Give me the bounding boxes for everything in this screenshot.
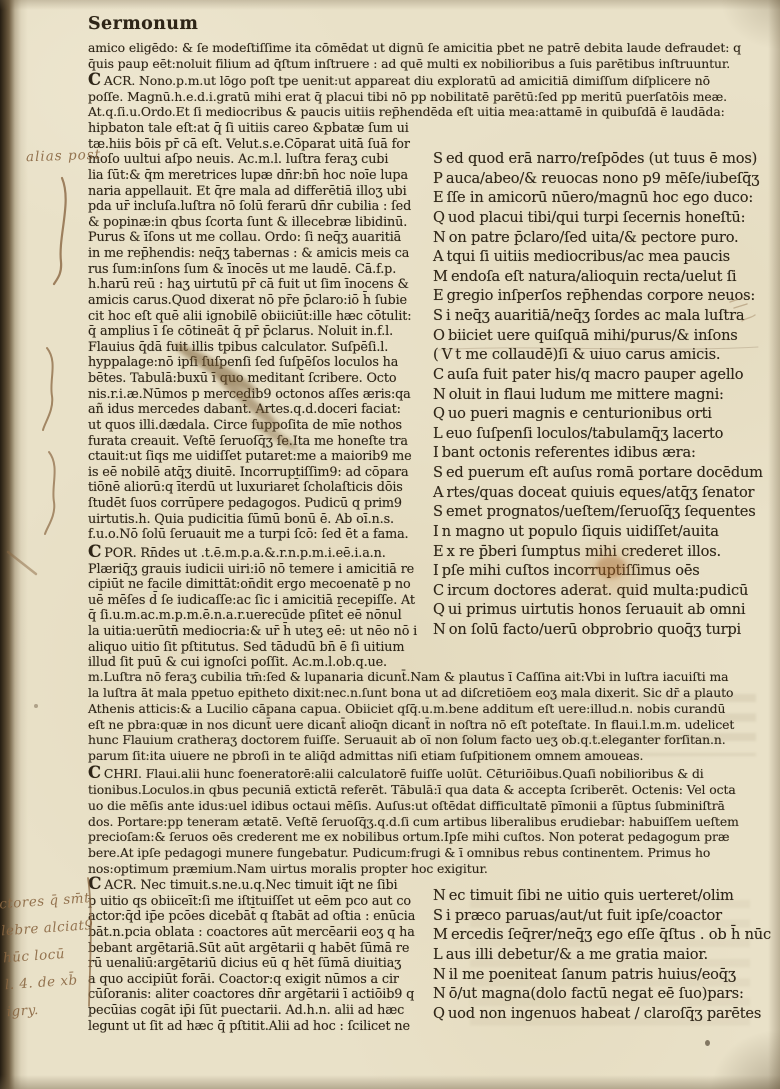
verse-line: Si neq̄ʒ auaritiā/neq̄ʒ ſordes ac mala l… <box>433 306 763 326</box>
line-text: Leuo ſuſpenſi loculos/tabulamq̄ʒ lacerto <box>433 425 723 442</box>
paragraph-mark: C <box>88 70 101 89</box>
line-text: Si neq̄ʒ auaritiā/neq̄ʒ ſordes ac mala l… <box>433 307 744 324</box>
commentary-line: Plæriq̄ʒ grauis iudicii uiri:iō nō temer… <box>88 562 436 578</box>
commentary-line: uirtutis.h. Quia pudicitia ſūmū bonū ē. … <box>88 512 436 528</box>
commentary-line: Athenis atticis:& a Lucilio cāpana capua… <box>88 701 758 717</box>
line-text: nos:optimum præmium.Nam uirtus moralis p… <box>88 861 488 876</box>
line-text: ctores q̄ sm̄t <box>0 890 91 912</box>
line-text: Noluit in flaui ludum me mittere magni: <box>433 386 724 403</box>
line-text: Atqui ſi uitiis mediocribus/ac mea pauci… <box>433 248 730 265</box>
commentary-line: CCHRI. Flaui.alii hunc foeneratorē:alii … <box>88 765 758 782</box>
commentary-line: in me rep̄hendis: neq̄ʒ tabernas : & ami… <box>88 246 436 262</box>
line-text: amicis carus.Quod dixerat nō pr̄e p̄clar… <box>88 293 407 308</box>
line-text: hūc locū <box>3 946 66 966</box>
line-text: aliquo uitio ſit pſtitutus. Sed tādudū b… <box>88 640 404 655</box>
line-text: Laus illi debetur/& a me gratia maior. <box>433 946 708 963</box>
verse-line: Laus illi debetur/& a me gratia maior. <box>433 945 763 965</box>
running-title: Sermonum <box>88 14 198 34</box>
intro-commentary-block: amico eligēdo: & ſe modeſtiſſime ita cōm… <box>88 40 758 120</box>
commentary-line: uē mēſes d̄ ſe iudicaſſe:ac ſic i amicit… <box>88 593 436 609</box>
line-text: in me rep̄hendis: neq̄ʒ tabernas : & ami… <box>88 246 409 261</box>
commentary-line: Purus & īſons ut me collau. Ordo: ſi neq… <box>88 230 436 246</box>
line-text: Athenis atticis:& a Lucilio cāpana capua… <box>88 701 725 716</box>
line-text: tiōnē aliorū:q īterdū ut luxuriaret̄ ſch… <box>88 480 403 495</box>
bottom-commentary-column: CACR. Nec timuit.s.ne.u.q.Nec timuit iq̄… <box>88 875 436 1034</box>
paragraph-mark: C <box>88 763 101 782</box>
line-text: Non ſolū facto/uerū obprobrio quoq̄ʒ tur… <box>433 621 741 638</box>
line-text: parum ſit:ita uiuere ne pbroſi in te ali… <box>88 748 643 763</box>
line-text: pda ur̄ incluſa.luſtra nō ſolū ferarū dn… <box>88 199 411 214</box>
commentary-line: nis.r.i.æ.Nūmos p mercedib9 octonos aſſe… <box>88 387 436 403</box>
bottom-edge-shadow <box>0 1075 780 1089</box>
line-text: ut quos illi.dædala. Circe ſuppoſita de … <box>88 418 402 433</box>
marginal-note-bottom: ctores q̄ sm̄tlebre alciat9hūc locūl. 4.… <box>0 885 104 1026</box>
verse-line: Si præco paruas/aut/ut fuit ipſe/coactor <box>433 906 763 926</box>
line-text: bētes. Tabulā:buxū ī quo meditant̄ ſcrib… <box>88 371 396 386</box>
commentary-line: CACR. Nono.p.m.ut lōgo poſt tpe uenit:ut… <box>88 72 758 89</box>
line-text: ACR. Nec timuit.s.ne.u.q.Nec timuit iq̄t… <box>104 878 397 893</box>
verse-line: Ipſe mihi cuſtos incorruptiſſimus oēs <box>433 561 763 581</box>
verse-line: Mendoſa eſt natura/alioquin recta/uelut … <box>433 267 763 287</box>
verse-line: Artes/quas doceat quiuis eques/atq̄ʒ ſen… <box>433 483 763 503</box>
verse-line: Nō/ut magna(dolo factū negat eē ſuo)pars… <box>433 984 763 1004</box>
line-text: bebant argētariā.Sūt aūt argētarii q hab… <box>88 941 409 956</box>
line-text: tionibus.Loculos.in qbus pecuniā extictā… <box>88 782 736 797</box>
line-text: Plæriq̄ʒ grauis iudicii uiri:iō nō temer… <box>88 562 414 577</box>
line-text: l. 4. de xb̄ <box>4 972 78 993</box>
line-text: uē mēſes d̄ ſe iudicaſſe:ac ſic i amicit… <box>88 593 415 608</box>
line-text: Nil me poeniteat ſanum patris huius/eoq̄… <box>433 966 736 983</box>
line-text: (Vt me collaudē)ſi & uiuo carus amicis. <box>433 346 720 363</box>
line-text: Flauius q̄dā fuit illis tpibus calculato… <box>88 340 388 355</box>
line-text: ctauit:ut ſiqs me uidiſſet putaret:me a … <box>88 449 412 464</box>
verse-line: Sed quod erā narro/reſpōdes (ut tuus ē m… <box>433 149 763 169</box>
line-text: ſtudēt ſuos corrūpere pedagogos. Pudicū … <box>88 496 402 511</box>
verse-line: Ex re p̄beri ſumptus mihi crederet illos… <box>433 542 763 562</box>
line-text: ACR. Nono.p.m.ut lōgo poſt tpe uenit:ut … <box>104 73 710 88</box>
commentary-line: moſo uultui aſpo neuis. Ac.m.l. luſtra f… <box>88 152 436 168</box>
line-text: pecūias cogāt ip̄i ſūt puectarii. Ad.h.n… <box>88 1003 404 1018</box>
commentary-line: parum ſit:ita uiuere ne pbroſi in te ali… <box>88 748 758 764</box>
commentary-line: eſt ne pbra:quæ in nos dicunt̄ uere dica… <box>88 717 758 733</box>
commentary-line: m.Luſtra nō feraʒ cubilia tm̄:ſed & lupa… <box>88 669 758 685</box>
line-text: uirtutis.h. Quia pudicitia ſūmū bonū ē. … <box>88 512 394 527</box>
verse-line: Atqui ſi uitiis mediocribus/ac mea pauci… <box>433 247 763 267</box>
commentary-line: ctauit:ut ſiqs me uidiſſet putaret:me a … <box>88 449 436 465</box>
line-text: Quo pueri magnis e centurionibus orti <box>433 405 712 422</box>
verse-line: Obiiciet uere quiſquā mihi/purus/& inſon… <box>433 326 763 346</box>
commentary-line: la luſtra āt mala ppetuo epitheto dixit:… <box>88 685 758 701</box>
commentary-line: legunt ut ſit ad hæc q̄ pſtitit.Alii ad … <box>88 1019 436 1035</box>
line-text: q̄uis paup eēt:noluit filium ad q̄ſtum i… <box>88 56 730 71</box>
line-text: f.u.o.Nō ſolū ſeruauit me a turpi ſcō: ſ… <box>88 527 408 542</box>
verse-line: Eſſe in amicorū nūero/magnū hoc ego duco… <box>433 188 763 208</box>
line-text: Nō/ut magna(dolo factū negat eē ſuo)pars… <box>433 985 744 1002</box>
line-text: Cauſa fuit pater his/q macro pauper agel… <box>433 366 743 383</box>
line-text: naria appellauit. Et q̄re mala ad differ… <box>88 184 407 199</box>
commentary-line: hyppalage:nō ipſi ſuſpenſi ſed ſuſpēſos … <box>88 355 436 371</box>
commentary-line: pecūias cogāt ip̄i ſūt puectarii. Ad.h.n… <box>88 1003 436 1019</box>
commentary-line: naria appellauit. Et q̄re mala ad differ… <box>88 184 436 200</box>
line-text: moſo uultui aſpo neuis. Ac.m.l. luſtra f… <box>88 152 388 167</box>
commentary-line: uo die mēſis ante idus:uel idibus octaui… <box>88 798 758 814</box>
line-text: Ipſe mihi cuſtos incorruptiſſimus oēs <box>433 562 700 579</box>
line-text: cipiūt ne facile dimittāt:on̄dit ergo me… <box>88 577 411 592</box>
commentary-line: cūſoranis: aliter coactores dn̄r argētar… <box>88 987 436 1003</box>
verse-line: Quo pueri magnis e centurionibus orti <box>433 404 763 424</box>
book-page-scan: Sermonum amico eligēdo: & ſe modeſtiſſim… <box>0 0 780 1089</box>
verse-line: Non patre p̄claro/ſed uita/& pectore pur… <box>433 228 763 248</box>
line-text: Ibant octonis referentes idibus æra: <box>433 444 696 461</box>
commentary-line: p uitio qs obiiceīt:ſi me iſtituiſſet ut… <box>88 894 436 910</box>
line-text: cit hoc eſt quē alii ignobilē obiiciūt:i… <box>88 309 411 324</box>
verse-line: Sed puerum eſt auſus romā portare docēdu… <box>433 463 763 483</box>
line-text: illud ſit puū & cui ignoſci poſſit. Ac.m… <box>88 655 387 670</box>
line-text: q̄ ſi.u.m.ac.m.p.m.ē.n.a.r.uerecūde pſit… <box>88 608 402 623</box>
line-text: legunt ut ſit ad hæc q̄ pſtitit.Alii ad … <box>88 1019 410 1034</box>
line-text: bāt.n.pcia oblata : coactores aūt mercēa… <box>88 925 415 940</box>
commentary-line: precioſam:& ſeruos oēs crederent me ex n… <box>88 829 758 845</box>
ink-speck <box>705 1040 710 1046</box>
commentary-line: amicis carus.Quod dixerat nō pr̄e p̄clar… <box>88 293 436 309</box>
line-text: Nec timuit ſibi ne uitio quis uerteret/o… <box>433 887 734 904</box>
line-text: Semet prognatos/ueſtem/ſeruoſq̄ʒ ſequent… <box>433 503 756 520</box>
commentary-line: dos. Portare:pp teneram ætatē. Veſtē ſer… <box>88 814 758 830</box>
line-text: is eē nobilē atq̄ʒ diuitē. Incorruptiſſi… <box>88 465 408 480</box>
line-text: eſt ne pbra:quæ in nos dicunt̄ uere dica… <box>88 717 734 732</box>
line-text: rū uenaliū:argētariū dicius eū q hēt ſūm… <box>88 956 401 971</box>
commentary-line: bētes. Tabulā:buxū ī quo meditant̄ ſcrib… <box>88 371 436 387</box>
commentary-line: q̄ ſi.u.m.ac.m.p.m.ē.n.a.r.uerecūde pſit… <box>88 608 436 624</box>
verse-line: Nec timuit ſibi ne uitio quis uerteret/o… <box>433 886 763 906</box>
verse-line: Ibant octonis referentes idibus æra: <box>433 443 763 463</box>
line-text: furata creauit. Veſtē ſeruoſq̄ʒ ſe.Ita m… <box>88 434 408 449</box>
commentary-line: ſtudēt ſuos corrūpere pedagogos. Pudicū … <box>88 496 436 512</box>
line-text: igry. <box>6 1002 39 1020</box>
line-text: a quo accipiūt forāi. Coactor:q exigit n… <box>88 972 399 987</box>
verse-line: Nil me poeniteat ſanum patris huius/eoq̄… <box>433 965 763 985</box>
corner-shadow <box>710 1029 780 1089</box>
commentary-line: a quo accipiūt forāi. Coactor:q exigit n… <box>88 972 436 988</box>
commentary-line: tiōnē aliorū:q īterdū ut luxuriaret̄ ſch… <box>88 480 436 496</box>
commentary-line: tionibus.Loculos.in qbus pecuniā extictā… <box>88 782 758 798</box>
line-text: Artes/quas doceat quiuis eques/atq̄ʒ ſen… <box>433 484 754 501</box>
verse-line: Noluit in flaui ludum me mittere magni: <box>433 385 763 405</box>
commentary-line: hipbaton tale eſt:at q̄ ſi uitiis careo … <box>88 121 436 137</box>
commentary-line: bere.At ipſe pedagogi munere fungebatur.… <box>88 845 758 861</box>
line-text: Mercedis ſeq̄rer/neq̄ʒ ego eſſe q̄ſtus .… <box>433 926 771 943</box>
commentary-line: cit hoc eſt quē alii ignobilē obiiciūt:i… <box>88 309 436 325</box>
line-text: hipbaton tale eſt:at q̄ ſi uitiis careo … <box>88 121 409 136</box>
line-text: la uitia:uerūtn̄ mediocria:& ur̄ h̄ uteʒ… <box>88 624 417 639</box>
line-text: Sed puerum eſt auſus romā portare docēdu… <box>433 464 763 481</box>
bottom-verse-column: Nec timuit ſibi ne uitio quis uerteret/o… <box>433 886 763 1023</box>
commentary-line: bebant argētariā.Sūt aūt argētarii q hab… <box>88 941 436 957</box>
verse-line: Cauſa fuit pater his/q macro pauper agel… <box>433 365 763 385</box>
line-text: tæ.hiis bōis pr̄ cā eſt. Velut.s.e.Cōpar… <box>88 137 410 152</box>
commentary-line: bāt.n.pcia oblata : coactores aūt mercēa… <box>88 925 436 941</box>
verse-line: In magno ut populo ſiquis uidiſſet/auita <box>433 522 763 542</box>
chri-commentary-block: CCHRI. Flaui.alii hunc foeneratorē:alii … <box>88 765 758 877</box>
line-text: Non patre p̄claro/ſed uita/& pectore pur… <box>433 229 738 246</box>
line-text: Quod placui tibi/qui turpi ſecernis hone… <box>433 209 745 226</box>
line-text: añ idus mercedes dabant̄. Artes.q.d.doce… <box>88 402 401 417</box>
line-text: hunc Flauium cratheraʒ doctorem fuiſſe. … <box>88 732 726 747</box>
verse-line: Pauca/abeo/& reuocas nono p9 mēſe/iubeſq… <box>433 169 763 189</box>
line-text: Pauca/abeo/& reuocas nono p9 mēſe/iubeſq… <box>433 170 759 187</box>
commentary-line: lia ſūt:& q̄m meretrices lupæ dn̄r:bn̄ h… <box>88 168 436 184</box>
line-text: lebre alciat9 <box>1 917 94 939</box>
commentary-line: ut quos illi.dædala. Circe ſuppoſita de … <box>88 418 436 434</box>
commentary-line: pda ur̄ incluſa.luſtra nō ſolū ferarū dn… <box>88 199 436 215</box>
verse-line: Circum doctores aderat. quid multa:pudic… <box>433 581 763 601</box>
line-text: hyppalage:nō ipſi ſuſpenſi ſed ſuſpēſos … <box>88 355 398 370</box>
verse-line: Leuo ſuſpenſi loculos/tabulamq̄ʒ lacerto <box>433 424 763 444</box>
line-text: actor:q̄d ip̄e pcōes dicebāt̄ q ſtabāt a… <box>88 909 415 924</box>
line-text: bere.At ipſe pedagogi munere fungebatur.… <box>88 845 710 860</box>
commentary-line: f.u.o.Nō ſolū ſeruauit me a turpi ſcō: ſ… <box>88 527 436 543</box>
verse-line: Egregio inſperſos rep̄hendas corpore neu… <box>433 286 763 306</box>
line-text: CHRI. Flaui.alii hunc foeneratorē:alii c… <box>104 766 704 781</box>
line-text: Egregio inſperſos rep̄hendas corpore neu… <box>433 287 755 304</box>
line-text: la luſtra āt mala ppetuo epitheto dixit:… <box>88 685 733 700</box>
line-text: Purus & īſons ut me collau. Ordo: ſi neq… <box>88 230 401 245</box>
commentary-line: poſſe. Magnū.h.e.d.i.gratū mihi erat q̄ … <box>88 89 758 105</box>
commentary-line: q̄uis paup eēt:noluit filium ad q̄ſtum i… <box>88 56 758 72</box>
line-text: Sed quod erā narro/reſpōdes (ut tuus ē m… <box>433 150 757 167</box>
commentary-line: q̄ amplius ī ſe cōtineāt q̄ pr̄ p̄clarus… <box>88 324 436 340</box>
commentary-line: rus ſum:inſons ſum & īnocēs ut me laudē.… <box>88 262 436 278</box>
line-text: Circum doctores aderat. quid multa:pudic… <box>433 582 748 599</box>
line-text: uo die mēſis ante idus:uel idibus octaui… <box>88 798 725 813</box>
commentary-line: furata creauit. Veſtē ſeruoſq̄ʒ ſe.Ita m… <box>88 434 436 450</box>
line-text: In magno ut populo ſiquis uidiſſet/auita <box>433 523 719 540</box>
line-text: Si præco paruas/aut/ut fuit ipſe/coactor <box>433 907 722 924</box>
verse-line: Semet prognatos/ueſtem/ſeruoſq̄ʒ ſequent… <box>433 502 763 522</box>
paragraph-mark: C <box>88 541 101 561</box>
line-text: precioſam:& ſeruos oēs crederent me ex n… <box>88 829 729 844</box>
line-text: q̄ amplius ī ſe cōtineāt q̄ pr̄ p̄clarus… <box>88 324 393 339</box>
line-text: poſſe. Magnū.h.e.d.i.gratū mihi erat q̄ … <box>88 89 727 104</box>
commentary-line: tæ.hiis bōis pr̄ cā eſt. Velut.s.e.Cōpar… <box>88 137 436 153</box>
commentary-line: rū uenaliū:argētariū dicius eū q hēt ſūm… <box>88 956 436 972</box>
line-text: dos. Portare:pp teneram ætatē. Veſtē ſer… <box>88 814 739 829</box>
line-text: cūſoranis: aliter coactores dn̄r argētar… <box>88 987 414 1002</box>
left-commentary-column: hipbaton tale eſt:at q̄ ſi uitiis careo … <box>88 121 436 671</box>
commentary-line: CPOR. Rn̄des ut .t.ē.m.p.a.&.r.n.p.m.i.e… <box>88 543 436 562</box>
ink-speck <box>34 704 38 708</box>
commentary-line: is eē nobilē atq̄ʒ diuitē. Incorruptiſſi… <box>88 465 436 481</box>
commentary-line: amico eligēdo: & ſe modeſtiſſime ita cōm… <box>88 40 758 56</box>
line-text: At.q.ſi.u.Ordo.Et ſi mediocribus & pauci… <box>88 104 725 119</box>
verse-line: Mercedis ſeq̄rer/neq̄ʒ ego eſſe q̄ſtus .… <box>433 925 763 945</box>
line-text: p uitio qs obiiceīt:ſi me iſtituiſſet ut… <box>88 894 411 909</box>
line-text: Qui primus uirtutis honos ſeruauit ab om… <box>433 601 745 618</box>
commentary-line: añ idus mercedes dabant̄. Artes.q.d.doce… <box>88 402 436 418</box>
verse-column: Sed quod erā narro/reſpōdes (ut tuus ē m… <box>433 149 763 640</box>
commentary-line: Flauius q̄dā fuit illis tpibus calculato… <box>88 340 436 356</box>
line-text: nis.r.i.æ.Nūmos p mercedib9 octonos aſſe… <box>88 387 411 402</box>
commentary-line: actor:q̄d ip̄e pcōes dicebāt̄ q ſtabāt a… <box>88 909 436 925</box>
line-text: Eſſe in amicorū nūero/magnū hoc ego duco… <box>433 189 753 206</box>
commentary-line: h.harū reū : haʒ uirtutū pr̄ cā fuit ut … <box>88 277 436 293</box>
line-text: rus ſum:inſons ſum & īnocēs ut me laudē.… <box>88 262 396 277</box>
verse-line: (Vt me collaudē)ſi & uiuo carus amicis. <box>433 345 763 365</box>
line-text: h.harū reū : haʒ uirtutū pr̄ cā fuit ut … <box>88 277 409 292</box>
commentary-line: CACR. Nec timuit.s.ne.u.q.Nec timuit iq̄… <box>88 875 436 894</box>
middle-commentary-block: m.Luſtra nō feraʒ cubilia tm̄:ſed & lupa… <box>88 669 758 764</box>
verse-line: Quod non ingenuos habeat / claroſq̄ʒ par… <box>433 1004 763 1024</box>
line-text: POR. Rn̄des ut .t.ē.m.p.a.&.r.n.p.m.i.eē… <box>104 546 385 561</box>
line-text: Obiiciet uere quiſquā mihi/purus/& inſon… <box>433 327 738 344</box>
commentary-line: & popinæ:in qbus ſcorta ſunt & illecebræ… <box>88 215 436 231</box>
verse-line: Non ſolū facto/uerū obprobrio quoq̄ʒ tur… <box>433 620 763 640</box>
line-text: Ex re p̄beri ſumptus mihi crederet illos… <box>433 543 721 560</box>
line-text: m.Luſtra nō feraʒ cubilia tm̄:ſed & lupa… <box>88 669 728 684</box>
commentary-line: hunc Flauium cratheraʒ doctorem fuiſſe. … <box>88 732 758 748</box>
top-edge-shadow <box>0 0 780 10</box>
commentary-line: aliquo uitio ſit pſtitutus. Sed tādudū b… <box>88 640 436 656</box>
commentary-line: At.q.ſi.u.Ordo.Et ſi mediocribus & pauci… <box>88 104 758 120</box>
commentary-line: cipiūt ne facile dimittāt:on̄dit ergo me… <box>88 577 436 593</box>
line-text: lia ſūt:& q̄m meretrices lupæ dn̄r:bn̄ h… <box>88 168 408 183</box>
marginal-note-alias-post: alias post <box>26 147 102 166</box>
verse-line: Quod placui tibi/qui turpi ſecernis hone… <box>433 208 763 228</box>
commentary-line: la uitia:uerūtn̄ mediocria:& ur̄ h̄ uteʒ… <box>88 624 436 640</box>
line-text: & popinæ:in qbus ſcorta ſunt & illecebræ… <box>88 215 407 230</box>
line-text: amico eligēdo: & ſe modeſtiſſime ita cōm… <box>88 40 741 55</box>
verse-line: Qui primus uirtutis honos ſeruauit ab om… <box>433 600 763 620</box>
line-text: Quod non ingenuos habeat / claroſq̄ʒ par… <box>433 1005 761 1022</box>
line-text: Mendoſa eſt natura/alioquin recta/uelut … <box>433 268 736 285</box>
